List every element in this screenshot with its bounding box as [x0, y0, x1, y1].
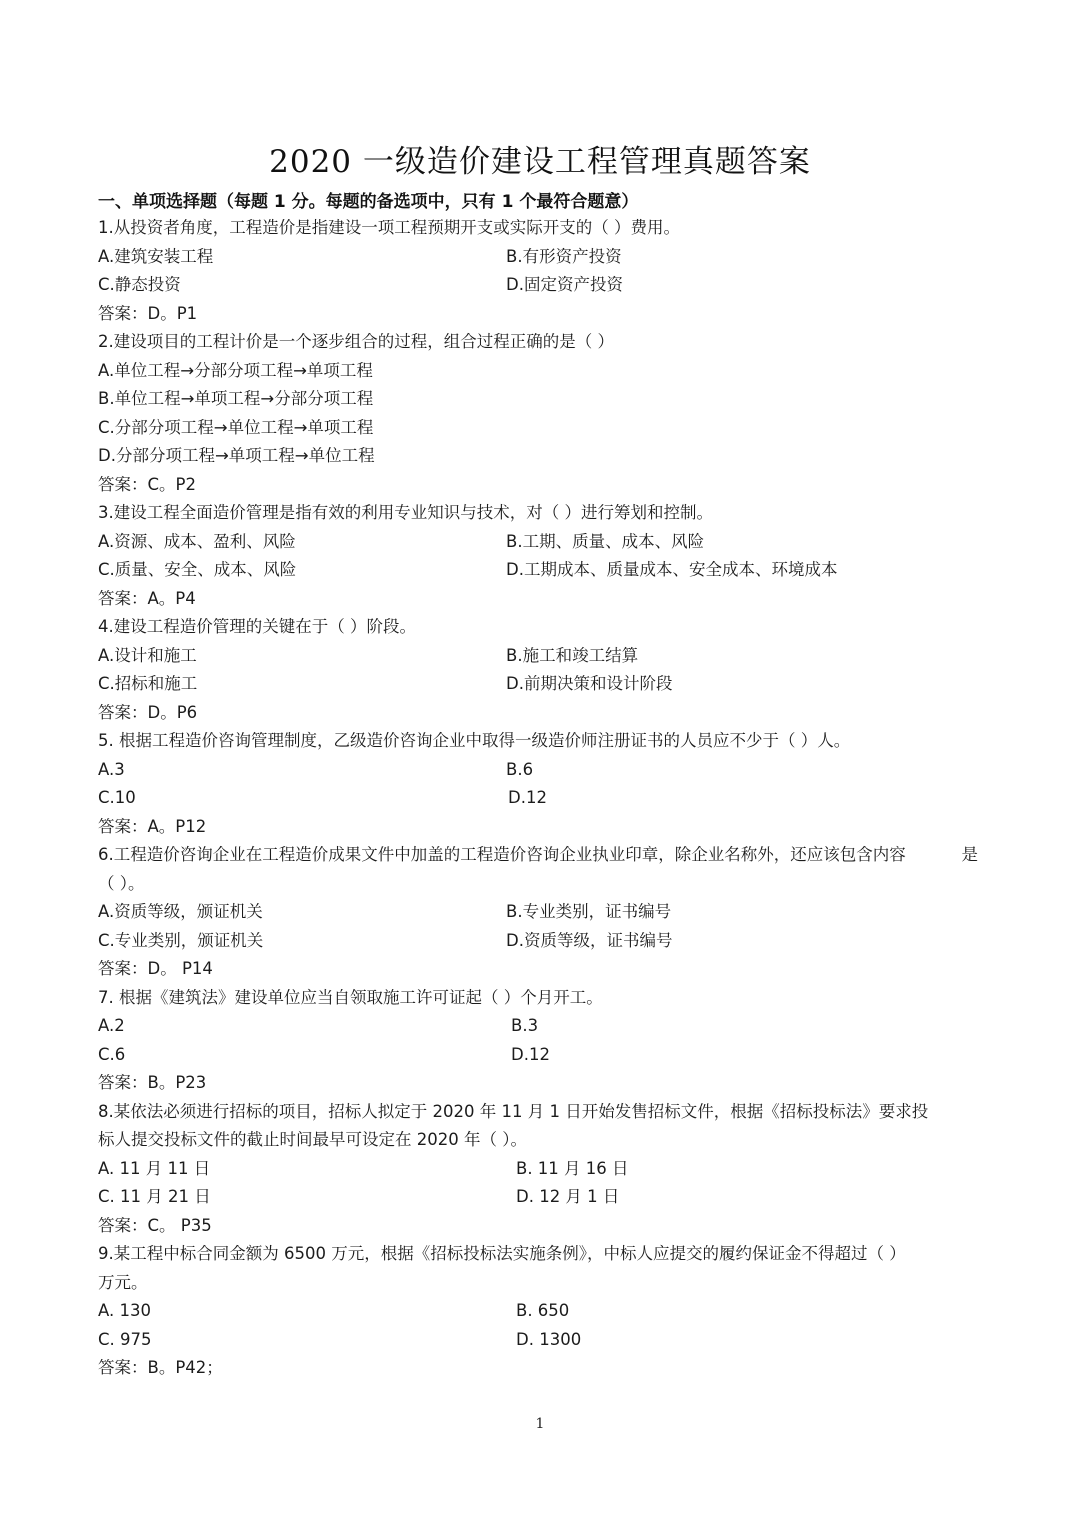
option-d: D.资质等级，证书编号: [506, 927, 672, 956]
option-d: D. 12 月 1 日: [516, 1183, 619, 1212]
question-stem: 6.工程造价咨询企业在工程造价成果文件中加盖的工程造价咨询企业执业印章，除企业名…: [98, 841, 978, 870]
option-c: C.专业类别，颁证机关: [98, 927, 263, 956]
option-b: B.工期、质量、成本、风险: [506, 528, 704, 557]
option-row: A.设计和施工 B.施工和竣工结算: [98, 642, 988, 671]
option-row: C.静态投资 D.固定资产投资: [98, 271, 988, 300]
answer-line: 答案：B。P23: [98, 1069, 988, 1098]
question-6: 6.工程造价咨询企业在工程造价成果文件中加盖的工程造价咨询企业执业印章，除企业名…: [98, 841, 988, 984]
question-stem-line2: （ ）。: [98, 870, 988, 899]
option-row: A. 130 B. 650: [98, 1297, 988, 1326]
option-row: A.资质等级，颁证机关 B.专业类别，证书编号: [98, 898, 988, 927]
option-a: A.建筑安装工程: [98, 243, 213, 272]
answer-line: 答案：C。P2: [98, 471, 988, 500]
question-9: 9.某工程中标合同金额为 6500 万元，根据《招标投标法实施条例》，中标人应提…: [98, 1240, 988, 1383]
option-d: D.固定资产投资: [506, 271, 623, 300]
option-row: A.3 B.6: [98, 756, 988, 785]
option-c: C.质量、安全、成本、风险: [98, 556, 296, 585]
option-d: D. 1300: [516, 1326, 581, 1355]
option-row: C.10 D.12: [98, 784, 988, 813]
option-row: C.专业类别，颁证机关 D.资质等级，证书编号: [98, 927, 988, 956]
question-stem: 3.建设工程全面造价管理是指有效的利用专业知识与技术，对（ ）进行筹划和控制。: [98, 499, 988, 528]
question-stem-text: 6.工程造价咨询企业在工程造价成果文件中加盖的工程造价咨询企业执业印章，除企业名…: [98, 841, 906, 870]
question-2: 2.建设项目的工程计价是一个逐步组合的过程，组合过程正确的是（ ） A.单位工程…: [98, 328, 988, 499]
option-a: A.设计和施工: [98, 642, 197, 671]
question-1: 1.从投资者角度，工程造价是指建设一项工程预期开支或实际开支的（ ）费用。 A.…: [98, 214, 988, 328]
question-stem: 8.某依法必须进行招标的项目，招标人拟定于 2020 年 11 月 1 日开始发…: [98, 1098, 988, 1127]
answer-line: 答案：A。P4: [98, 585, 988, 614]
option-c: C.分部分项工程→单位工程→单项工程: [98, 414, 988, 443]
answer-line: 答案：C。 P35: [98, 1212, 988, 1241]
option-b: B.3: [511, 1012, 538, 1041]
question-stem-tail: 是: [962, 841, 979, 870]
document-page: 2020 一级造价建设工程管理真题答案 一、单项选择题（每题 1 分。每题的备选…: [0, 0, 1080, 1526]
section-heading: 一、单项选择题（每题 1 分。每题的备选项中，只有 1 个最符合题意）: [98, 187, 638, 212]
question-stem: 7. 根据《建筑法》建设单位应当自领取施工许可证起（ ）个月开工。: [98, 984, 988, 1013]
option-c: C.静态投资: [98, 271, 181, 300]
question-4: 4.建设工程造价管理的关键在于（ ）阶段。 A.设计和施工 B.施工和竣工结算 …: [98, 613, 988, 727]
option-d: D.前期决策和设计阶段: [506, 670, 672, 699]
question-3: 3.建设工程全面造价管理是指有效的利用专业知识与技术，对（ ）进行筹划和控制。 …: [98, 499, 988, 613]
question-5: 5. 根据工程造价咨询管理制度，乙级造价咨询企业中取得一级造价师注册证书的人员应…: [98, 727, 988, 841]
question-stem: 2.建设项目的工程计价是一个逐步组合的过程，组合过程正确的是（ ）: [98, 328, 988, 357]
option-a: A.3: [98, 756, 125, 785]
option-row: C. 975 D. 1300: [98, 1326, 988, 1355]
option-d: D.12: [511, 1041, 550, 1070]
option-a: A.资质等级，颁证机关: [98, 898, 263, 927]
option-a: A.资源、成本、盈利、风险: [98, 528, 296, 557]
question-stem: 4.建设工程造价管理的关键在于（ ）阶段。: [98, 613, 988, 642]
option-b: B.单位工程→单项工程→分部分项工程: [98, 385, 988, 414]
option-b: B.6: [506, 756, 533, 785]
option-b: B. 11 月 16 日: [516, 1155, 629, 1184]
option-row: C.质量、安全、成本、风险 D.工期成本、质量成本、安全成本、环境成本: [98, 556, 988, 585]
answer-line: 答案：D。 P14: [98, 955, 988, 984]
option-b: B. 650: [516, 1297, 569, 1326]
question-stem-line2: 万元。: [98, 1269, 988, 1298]
option-c: C.10: [98, 784, 136, 813]
option-a: A. 11 月 11 日: [98, 1155, 210, 1184]
question-stem: 9.某工程中标合同金额为 6500 万元，根据《招标投标法实施条例》，中标人应提…: [98, 1240, 988, 1269]
answer-line: 答案：B。P42；: [98, 1354, 988, 1383]
option-row: C.6 D.12: [98, 1041, 988, 1070]
option-d: D.工期成本、质量成本、安全成本、环境成本: [506, 556, 837, 585]
option-a: A.单位工程→分部分项工程→单项工程: [98, 357, 988, 386]
option-c: C.招标和施工: [98, 670, 197, 699]
document-title: 2020 一级造价建设工程管理真题答案: [0, 136, 1080, 181]
option-row: A.2 B.3: [98, 1012, 988, 1041]
option-c: C. 11 月 21 日: [98, 1183, 211, 1212]
question-7: 7. 根据《建筑法》建设单位应当自领取施工许可证起（ ）个月开工。 A.2 B.…: [98, 984, 988, 1098]
option-c: C. 975: [98, 1326, 152, 1355]
option-a: A. 130: [98, 1297, 151, 1326]
option-d: D.分部分项工程→单项工程→单位工程: [98, 442, 988, 471]
question-list: 1.从投资者角度，工程造价是指建设一项工程预期开支或实际开支的（ ）费用。 A.…: [98, 214, 988, 1383]
question-8: 8.某依法必须进行招标的项目，招标人拟定于 2020 年 11 月 1 日开始发…: [98, 1098, 988, 1241]
option-row: C. 11 月 21 日 D. 12 月 1 日: [98, 1183, 988, 1212]
option-b: B.有形资产投资: [506, 243, 622, 272]
page-number: 1: [0, 1416, 1080, 1432]
option-row: A. 11 月 11 日 B. 11 月 16 日: [98, 1155, 988, 1184]
option-row: C.招标和施工 D.前期决策和设计阶段: [98, 670, 988, 699]
question-stem: 5. 根据工程造价咨询管理制度，乙级造价咨询企业中取得一级造价师注册证书的人员应…: [98, 727, 988, 756]
option-d: D.12: [508, 784, 547, 813]
option-c: C.6: [98, 1041, 125, 1070]
question-stem: 1.从投资者角度，工程造价是指建设一项工程预期开支或实际开支的（ ）费用。: [98, 214, 988, 243]
option-row: A.资源、成本、盈利、风险 B.工期、质量、成本、风险: [98, 528, 988, 557]
option-row: A.建筑安装工程 B.有形资产投资: [98, 243, 988, 272]
option-b: B.施工和竣工结算: [506, 642, 638, 671]
answer-line: 答案：D。P6: [98, 699, 988, 728]
option-b: B.专业类别，证书编号: [506, 898, 671, 927]
answer-line: 答案：D。P1: [98, 300, 988, 329]
option-a: A.2: [98, 1012, 125, 1041]
question-stem-line2: 标人提交投标文件的截止时间最早可设定在 2020 年（ ）。: [98, 1126, 988, 1155]
answer-line: 答案：A。P12: [98, 813, 988, 842]
